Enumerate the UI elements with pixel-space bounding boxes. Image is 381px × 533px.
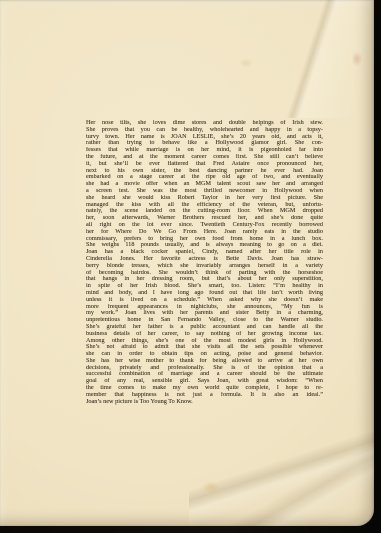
- text-line: business details of her career, to say n…: [86, 331, 323, 338]
- text-line: successful combination of marriage and a…: [86, 371, 323, 378]
- text-line: she heard she would kiss Robert Taylor i…: [86, 195, 323, 202]
- text-line: she can in order to obtain tips on actin…: [86, 351, 323, 358]
- page-fold-crease: [229, 0, 374, 118]
- text-line: all right on the lot ever since. Twentie…: [86, 222, 323, 229]
- text-line: her for Where Do We Go From Here. Joan r…: [86, 229, 323, 236]
- text-line: my work.” Joan lives with her parents an…: [86, 310, 323, 317]
- text-line: She weighs 118 pounds usually, and is al…: [86, 242, 323, 249]
- text-line: a screen test. She was the most thrilled…: [86, 188, 323, 195]
- text-line: it, but she’ll be ever flattered that Fr…: [86, 161, 323, 168]
- text-line: turvy town. Her name is JOAN LESLIE, she…: [86, 134, 323, 141]
- paper-stain: [198, 478, 224, 496]
- text-line: Her nose tilts, she loves dime stores an…: [86, 120, 323, 127]
- text-line: embarked on a stage career at the ripe o…: [86, 174, 323, 181]
- text-line: commissary, prefers to bring her own foo…: [86, 236, 323, 243]
- text-line: Joan has a black cocker spaniel, Cindy, …: [86, 249, 323, 256]
- text-line: Joan’s new picture is Too Young To Know.: [86, 399, 323, 406]
- text-line: that hangs in her dressing room, but tha…: [86, 276, 323, 283]
- text-line: fesses that while marriage is on her min…: [86, 147, 323, 154]
- text-line: she had a movie offer when an MGM talent…: [86, 181, 323, 188]
- article-text-block: Her nose tilts, she loves dime stores an…: [86, 120, 323, 405]
- text-line: She’s grateful her father is a public ac…: [86, 324, 323, 331]
- text-line: Cinderella Jones. Her favorite actress i…: [86, 256, 323, 263]
- scanned-page: Her nose tilts, she loves dime stores an…: [0, 0, 374, 526]
- text-line: berry blonde tresses, which she invariab…: [86, 263, 323, 270]
- text-line: Among other things, she’s one of the mos…: [86, 338, 323, 345]
- text-line: She’s not afraid to admit that she visit…: [86, 344, 323, 351]
- text-line: She proves that you can be healthy, whol…: [86, 127, 323, 134]
- text-line: the time comes to make my own world quit…: [86, 385, 323, 392]
- text-line: next to his own sister, the best dancing…: [86, 168, 323, 175]
- text-line: the future, and at the moment career com…: [86, 154, 323, 161]
- text-line: in spite of her Irish blood. She’s smart…: [86, 283, 323, 290]
- text-line: She has her wise mother to thank for bei…: [86, 358, 323, 365]
- text-line: managed the kiss with all the efficiency…: [86, 202, 323, 209]
- text-line: decisions, privately and professionally.…: [86, 365, 323, 372]
- text-line: more frequent appearances in nightclubs,…: [86, 304, 323, 311]
- text-line: member that happiness is not just a form…: [86, 392, 323, 399]
- text-line: rather than trying to behave like a Holl…: [86, 140, 323, 147]
- paper-stain: [236, 56, 256, 70]
- text-line: unpretentious home in San Fernando Valle…: [86, 317, 323, 324]
- paper-stain: [349, 48, 365, 70]
- text-line: of becoming hairdos. She wouldn’t think …: [86, 270, 323, 277]
- text-line: mind and body, and I have long ago found…: [86, 290, 323, 297]
- page-corner-creases: [189, 431, 374, 526]
- text-line: her, soon afterwards, Warner Brothers re…: [86, 215, 323, 222]
- text-line: unless it is lived on a schedule.” When …: [86, 297, 323, 304]
- scan-background: Her nose tilts, she loves dime stores an…: [0, 0, 381, 533]
- text-line: goal of any real, sensible girl. Says Jo…: [86, 378, 323, 385]
- text-line: nately, the scene landed on the cutting-…: [86, 208, 323, 215]
